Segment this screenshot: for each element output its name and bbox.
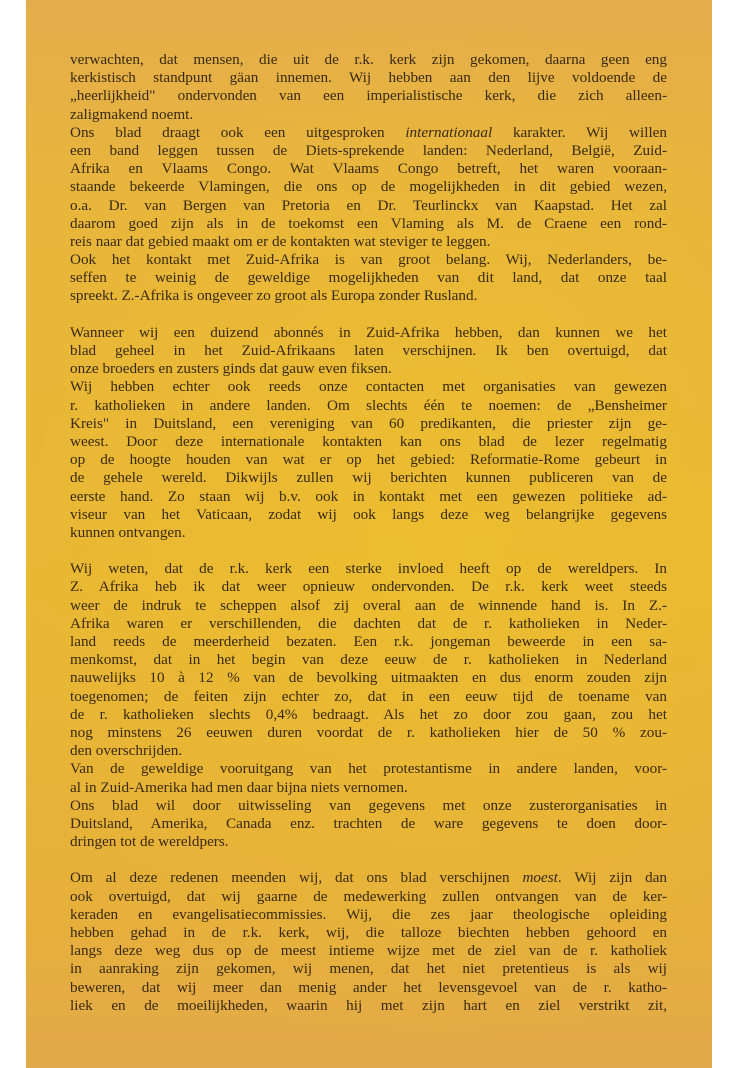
- text-line: seffen te weinig de geweldige mogelijkhe…: [70, 269, 667, 287]
- text-line: liek en de moeilijkheden, waarin hij met…: [70, 997, 667, 1015]
- text-line: r. katholieken in andere landen. Om slec…: [70, 397, 667, 415]
- paragraph-gap: [70, 542, 667, 560]
- text-line: dringen tot de wereldpers.: [70, 833, 667, 851]
- book-page: verwachten, dat mensen, die uit de r.k. …: [26, 0, 712, 1068]
- text-line: daarom goed zijn als in de toekomst een …: [70, 215, 667, 233]
- text-line: kerkistisch standpunt gäan innemen. Wij …: [70, 69, 667, 87]
- paragraph-gap: [70, 851, 667, 869]
- text-block: Om al deze redenen meenden wij, dat ons …: [70, 869, 667, 1015]
- text-line: staande bekeerde Vlamingen, die ons op d…: [70, 178, 667, 196]
- text-line: Wij weten, dat de r.k. kerk een sterke i…: [70, 560, 667, 578]
- text-line: o.a. Dr. van Bergen van Pretoria en Dr. …: [70, 197, 667, 215]
- text-block: Wanneer wij een duizend abonnés in Zuid-…: [70, 324, 667, 542]
- text-line: menkomst, dat in het begin van deze eeuw…: [70, 651, 667, 669]
- text-line: Afrika waren er verschillenden, die dach…: [70, 615, 667, 633]
- text-line: onze broeders en zusters ginds dat gauw …: [70, 360, 667, 378]
- text-line: beweren, dat wij meer dan menig ander he…: [70, 979, 667, 997]
- text-line: ook overtuigd, dat wij gaarne de medewer…: [70, 888, 667, 906]
- text-block: verwachten, dat mensen, die uit de r.k. …: [70, 51, 667, 306]
- text-line: in aanraking zijn gekomen, wij menen, da…: [70, 960, 667, 978]
- emphasized-word: moest: [522, 869, 557, 886]
- text-line: een band leggen tussen de Diets-sprekend…: [70, 142, 667, 160]
- text-line: kunnen ontvangen.: [70, 524, 667, 542]
- text-line: Afrika en Vlaams Congo. Wat Vlaams Congo…: [70, 160, 667, 178]
- paragraph-gap: [70, 306, 667, 324]
- text-line: keraden en evangelisatiecommissies. Wij,…: [70, 906, 667, 924]
- text-line: Ons blad wil door uitwisseling van gegev…: [70, 797, 667, 815]
- text-line: weer de indruk te scheppen alsof zij ove…: [70, 597, 667, 615]
- text-line: Wanneer wij een duizend abonnés in Zuid-…: [70, 324, 667, 342]
- text-line: Om al deze redenen meenden wij, dat ons …: [70, 869, 667, 887]
- text-line: Z. Afrika heb ik dat weer opnieuw onderv…: [70, 578, 667, 596]
- text-line: Ons blad draagt ook een uitgesproken int…: [70, 124, 667, 142]
- text-line: Duitsland, Amerika, Canada enz. trachten…: [70, 815, 667, 833]
- text-line: verwachten, dat mensen, die uit de r.k. …: [70, 51, 667, 69]
- text-line: hebben gehad in de r.k. kerk, wij, die t…: [70, 924, 667, 942]
- text-line: viseur van het Vaticaan, zodat wij ook l…: [70, 506, 667, 524]
- text-line: Wij hebben echter ook reeds onze contact…: [70, 378, 667, 396]
- text-line: nauwelijks 10 à 12 % van de bevolking ui…: [70, 669, 667, 687]
- text-line: al in Zuid-Amerika had men daar bijna ni…: [70, 779, 667, 797]
- text-line: de r. katholieken slechts 0,4% bedraagt.…: [70, 706, 667, 724]
- text-line: spreekt. Z.-Afrika is ongeveer zo groot …: [70, 287, 667, 305]
- text-line: den overschrijden.: [70, 742, 667, 760]
- emphasized-word: internationaal: [405, 124, 492, 141]
- text-line: blad geheel in het Zuid-Afrikaans laten …: [70, 342, 667, 360]
- text-line: „heerlijkheid" ondervonden van een imper…: [70, 87, 667, 105]
- text-line: weest. Door deze internationale kontakte…: [70, 433, 667, 451]
- text-block: Wij weten, dat de r.k. kerk een sterke i…: [70, 560, 667, 851]
- text-line: Ook het kontakt met Zuid-Afrika is van g…: [70, 251, 667, 269]
- text-line: Kreis" in Duitsland, een vereniging van …: [70, 415, 667, 433]
- text-line: eerste hand. Zo staan wij b.v. ook in ko…: [70, 488, 667, 506]
- body-text: verwachten, dat mensen, die uit de r.k. …: [70, 51, 667, 1015]
- text-line: land reeds de meerderheid bezaten. Een r…: [70, 633, 667, 651]
- text-line: toegenomen; de feiten zijn echter zo, da…: [70, 688, 667, 706]
- text-line: nog minstens 26 eeuwen duren voordat de …: [70, 724, 667, 742]
- text-line: reis naar dat gebied maakt om er de kont…: [70, 233, 667, 251]
- text-line: de gehele wereld. Dikwijls zullen wij be…: [70, 469, 667, 487]
- text-line: langs deze weg dus op de meest intieme w…: [70, 942, 667, 960]
- text-line: Van de geweldige vooruitgang van het pro…: [70, 760, 667, 778]
- text-line: op de hoogte houden van wat er op het ge…: [70, 451, 667, 469]
- text-line: zaligmakend noemt.: [70, 106, 667, 124]
